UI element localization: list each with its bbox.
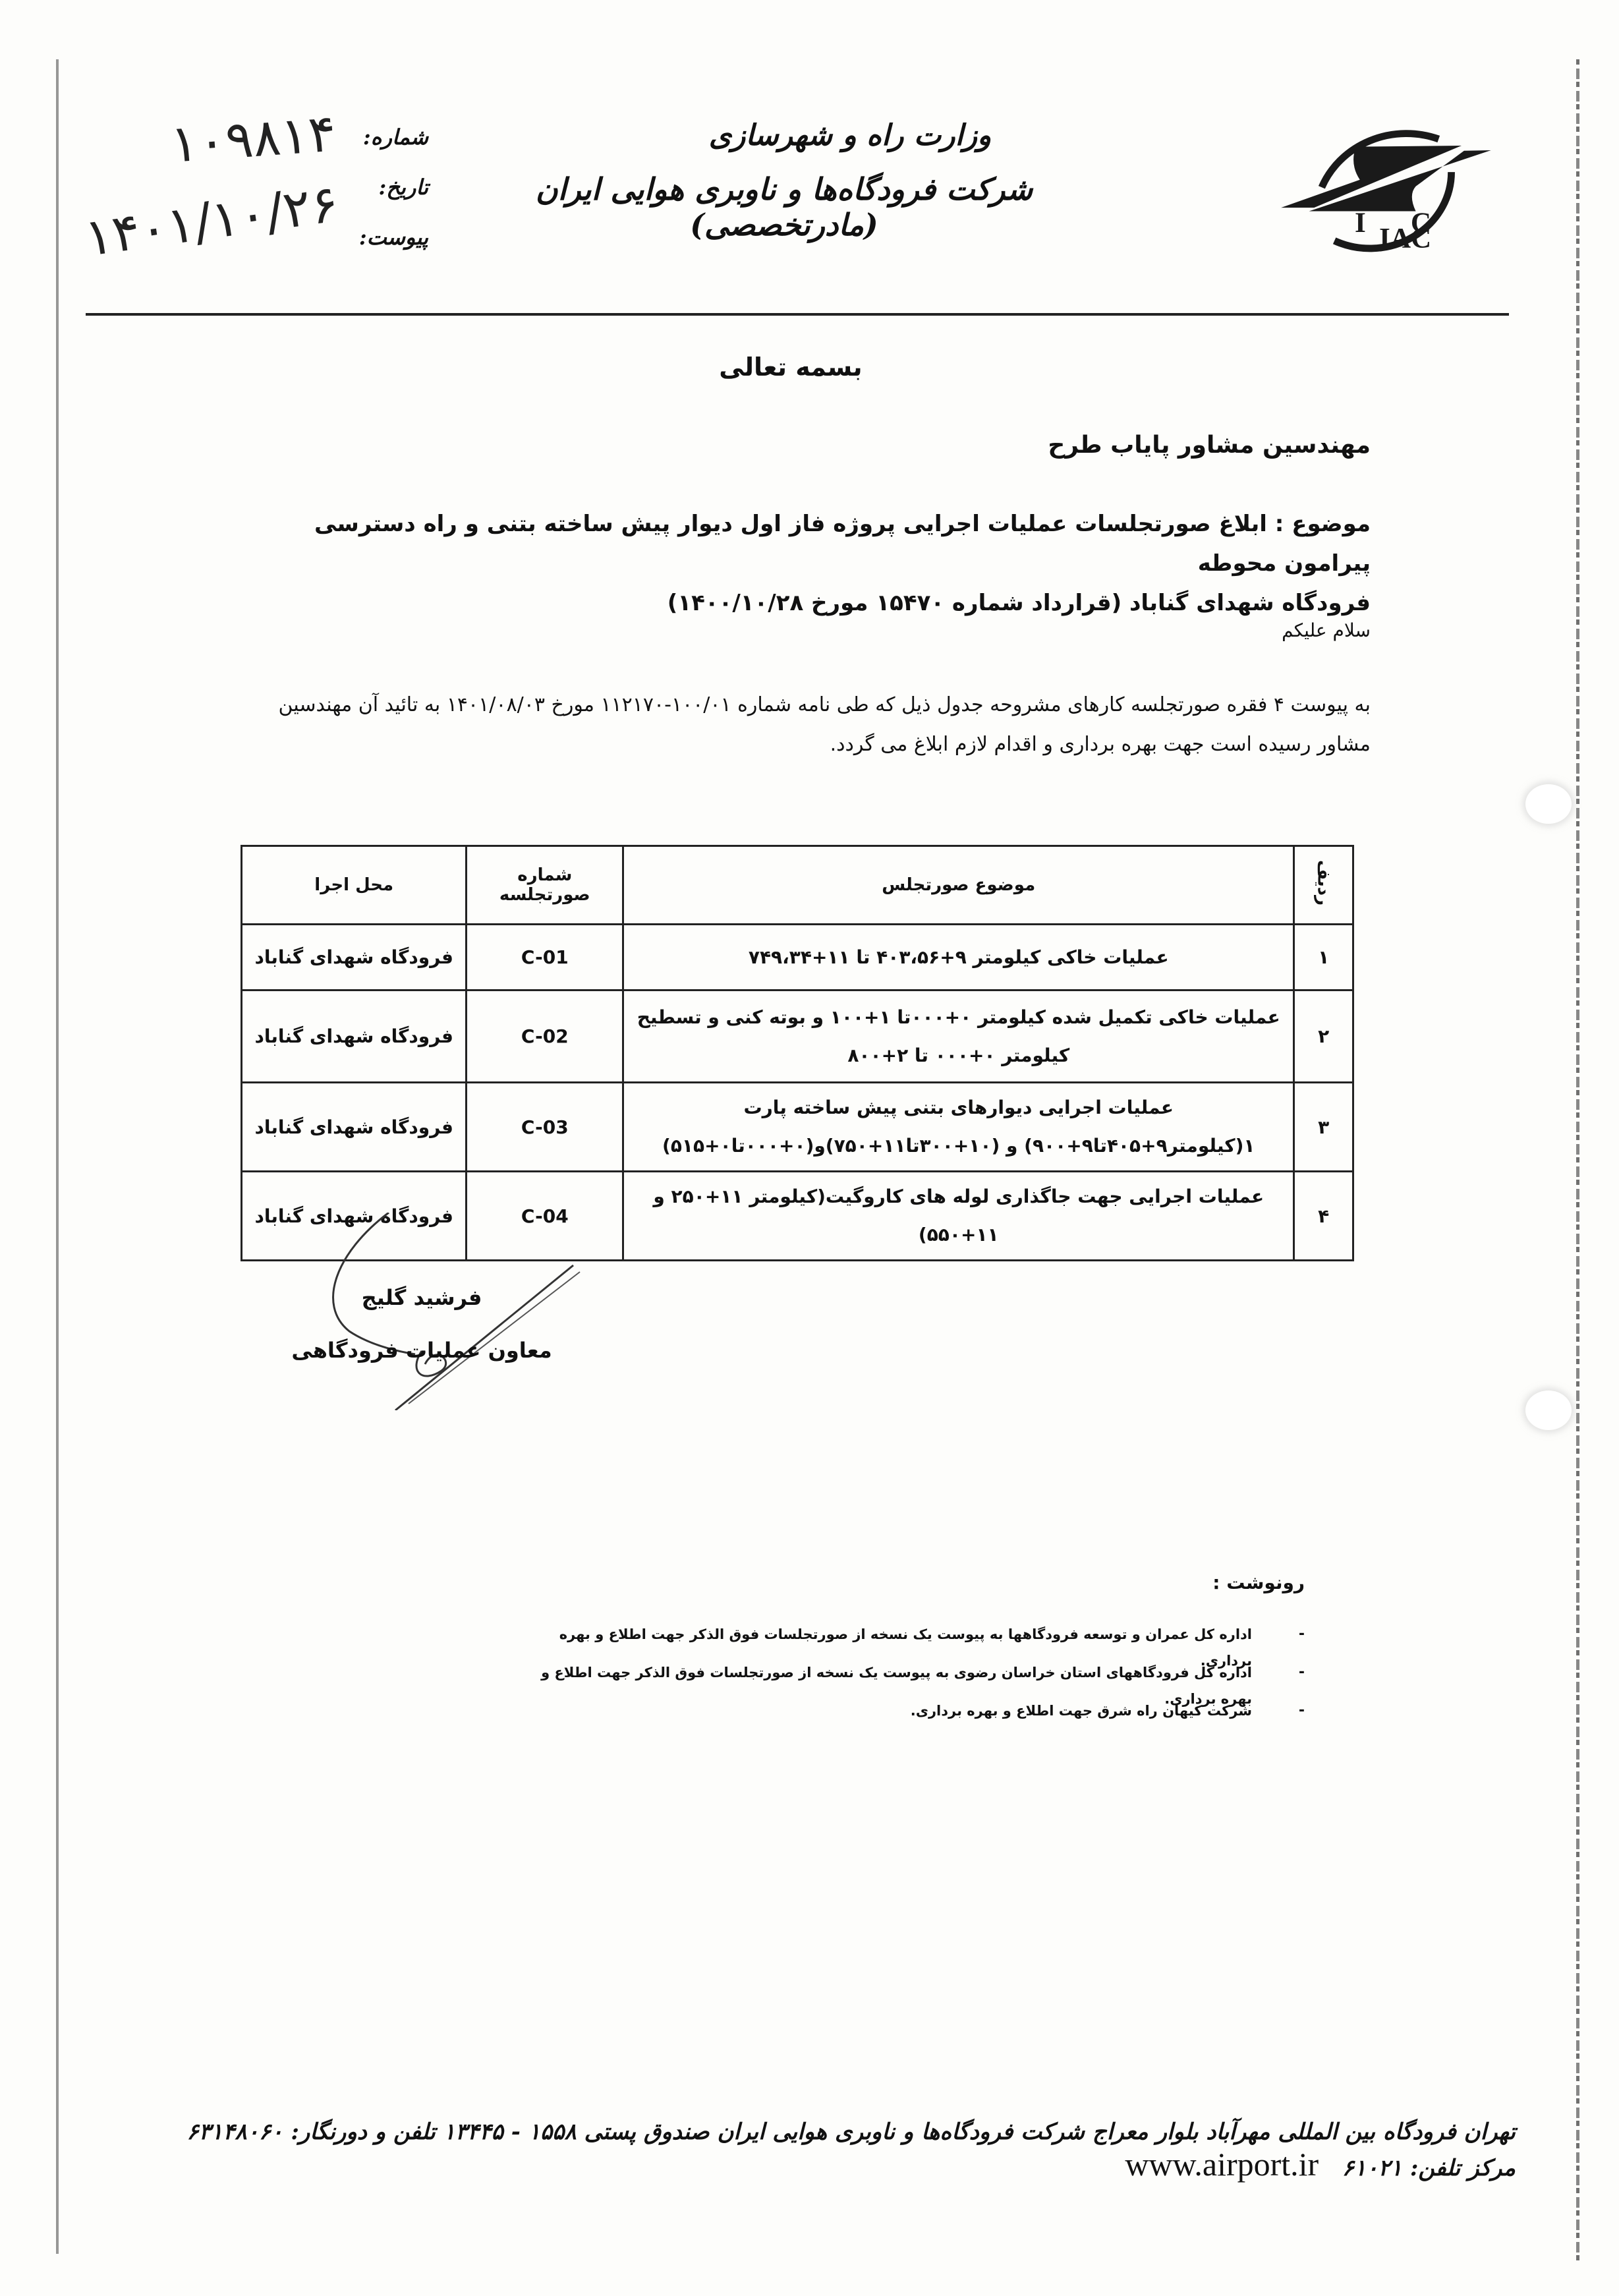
- handwritten-letter-number: ۱۰۹۸۱۴: [97, 104, 337, 180]
- subject-line-2: فرودگاه شهدای گناباد (قرارداد شماره ۱۵۴۷…: [237, 583, 1371, 623]
- ministry-name: وزارت راه و شهرسازی: [679, 119, 1021, 152]
- footer-website: www.airport.ir: [1125, 2146, 1319, 2183]
- row-description: عملیات اجرایی جهت جاگذاری لوله های کاروگ…: [623, 1172, 1294, 1261]
- bullet-icon: -: [1299, 1698, 1305, 1724]
- cc-list: -اداره کل عمران و توسعه فرودگاهها به پیو…: [514, 1621, 1305, 1736]
- cc-item: -اداره کل فرودگاههای استان خراسان رضوی ب…: [514, 1659, 1305, 1698]
- bullet-icon: -: [1299, 1621, 1305, 1648]
- row-description: عملیات اجرایی دیوارهای بتنی پیش ساخته پا…: [623, 1083, 1294, 1172]
- signatory-title: معاون عملیات فرودگاهی: [290, 1338, 554, 1363]
- company-name: شرکت فرودگاه‌ها و ناوبری هوایی ایران (ما…: [527, 171, 1041, 243]
- header-divider: [86, 313, 1509, 316]
- table-row: ۲ عملیات خاکی تکمیل شده کیلومتر ۰+۰۰۰تا …: [242, 990, 1353, 1083]
- scan-edge-right: [1576, 59, 1579, 2260]
- addressee: مهندسین مشاور پایاب طرح: [725, 432, 1371, 459]
- row-location: فرودگاه شهدای گناباد: [242, 925, 467, 990]
- date-label: تاریخ:: [329, 162, 428, 212]
- header-description: موضوع صورتجلس: [623, 846, 1294, 925]
- svg-text:C: C: [1411, 208, 1431, 239]
- subject: موضوع : ابلاغ صورتجلسات عملیات اجرایی پر…: [237, 504, 1371, 623]
- iac-logo-icon: I IAC C: [1252, 86, 1529, 264]
- table-row: ۳ عملیات اجرایی دیوارهای بتنی پیش ساخته …: [242, 1083, 1353, 1172]
- signatory-name: فرشید گلیج: [343, 1285, 501, 1310]
- header-location: محل اجرا: [242, 846, 467, 925]
- subject-line-1: موضوع : ابلاغ صورتجلسات عملیات اجرایی پر…: [237, 504, 1371, 583]
- cc-title: رونوشت :: [1120, 1572, 1305, 1593]
- header-index: ردیف: [1294, 846, 1353, 925]
- greeting: سلام علیکم: [988, 619, 1371, 641]
- svg-text:I: I: [1355, 208, 1366, 239]
- row-minutes-number: C-01: [467, 925, 623, 990]
- letter-meta-labels: شماره: تاریخ: پیوست:: [329, 112, 428, 262]
- handwritten-letter-date: ۱۴۰۱/۱۰/۲۶: [86, 174, 343, 268]
- row-location: فرودگاه شهدای گناباد: [242, 1083, 467, 1172]
- minutes-table: ردیف موضوع صورتجلس شماره صورتجلسه محل اج…: [241, 845, 1354, 1261]
- cc-item: -اداره کل عمران و توسعه فرودگاهها به پیو…: [514, 1621, 1305, 1659]
- scan-edge-left: [56, 59, 59, 2254]
- row-description: عملیات خاکی کیلومتر ۹+۴۰۳،۵۶ تا ۱۱+۷۴۹،۳…: [623, 925, 1294, 990]
- cc-item: -شرکت کیهان راه شرق جهت اطلاع و بهره برد…: [514, 1698, 1305, 1736]
- table-row: ۱ عملیات خاکی کیلومتر ۹+۴۰۳،۵۶ تا ۱۱+۷۴۹…: [242, 925, 1353, 990]
- punch-hole: [1525, 1391, 1572, 1430]
- row-index: ۴: [1294, 1172, 1353, 1261]
- table-header-row: ردیف موضوع صورتجلس شماره صورتجلسه محل اج…: [242, 846, 1353, 925]
- row-index: ۱: [1294, 925, 1353, 990]
- row-location: فرودگاه شهدای گناباد: [242, 990, 467, 1083]
- row-index: ۲: [1294, 990, 1353, 1083]
- row-description: عملیات خاکی تکمیل شده کیلومتر ۰+۰۰۰تا ۱+…: [623, 990, 1294, 1083]
- number-label: شماره:: [329, 112, 428, 162]
- row-minutes-number: C-02: [467, 990, 623, 1083]
- bullet-icon: -: [1299, 1659, 1305, 1686]
- row-index: ۳: [1294, 1083, 1353, 1172]
- footer: تهران فرودگاه بین المللی مهرآباد بلوار م…: [145, 2119, 1516, 2183]
- punch-hole: [1525, 784, 1572, 824]
- signature-scribble-icon: [310, 1213, 586, 1410]
- letter-body: به پیوست ۴ فقره صورتجلسه کارهای مشروحه ج…: [237, 685, 1371, 764]
- row-minutes-number: C-03: [467, 1083, 623, 1172]
- invocation: بسمه تعالی: [626, 353, 955, 382]
- attachment-label: پیوست:: [329, 212, 428, 262]
- header-minutes-number: شماره صورتجلسه: [467, 846, 623, 925]
